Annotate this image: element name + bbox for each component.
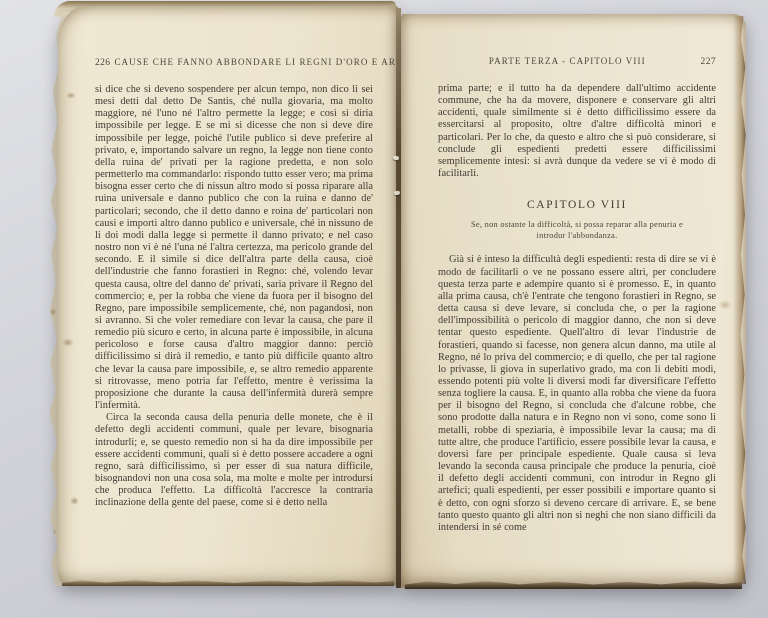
binding-thread [393, 156, 399, 161]
chapter-title: CAPITOLO VIII [438, 199, 716, 211]
body-paragraph: Già si è inteso la difficultà degli espe… [438, 254, 716, 534]
body-paragraph: si dice che si deveno sospendere per alc… [95, 84, 373, 412]
left-text-block: si dice che si deveno sospendere per alc… [95, 84, 373, 509]
left-running-title: CAUSE CHE FANNO ABBONDARE LI REGNI D'ORO… [114, 57, 431, 67]
chapter-subtitle: Se, non ostante la difficoltà, si possa … [469, 220, 685, 241]
page-edge-bottom-left [62, 579, 394, 586]
right-page-header: PARTE TERZA - CAPITOLO VIII 227 [438, 14, 716, 67]
body-paragraph: Circa la seconda causa della penuria del… [95, 412, 373, 509]
page-edge-bottom-right [405, 580, 742, 589]
left-page: 226 CAUSE CHE FANNO ABBONDARE LI REGNI D… [58, 6, 398, 585]
right-page-number: 227 [701, 57, 716, 67]
left-page-header: 226 CAUSE CHE FANNO ABBONDARE LI REGNI D… [95, 6, 373, 68]
page-edge-right [733, 16, 748, 584]
left-page-number: 226 [95, 58, 110, 68]
right-text-block: prima parte; e il tutto ha da dependere … [438, 83, 716, 534]
photo-background: 226 CAUSE CHE FANNO ABBONDARE LI REGNI D… [0, 0, 768, 618]
right-running-title: PARTE TERZA - CAPITOLO VIII [438, 56, 697, 66]
right-page: PARTE TERZA - CAPITOLO VIII 227 prima pa… [401, 14, 746, 588]
body-paragraph: prima parte; e il tutto ha da dependere … [438, 83, 716, 180]
